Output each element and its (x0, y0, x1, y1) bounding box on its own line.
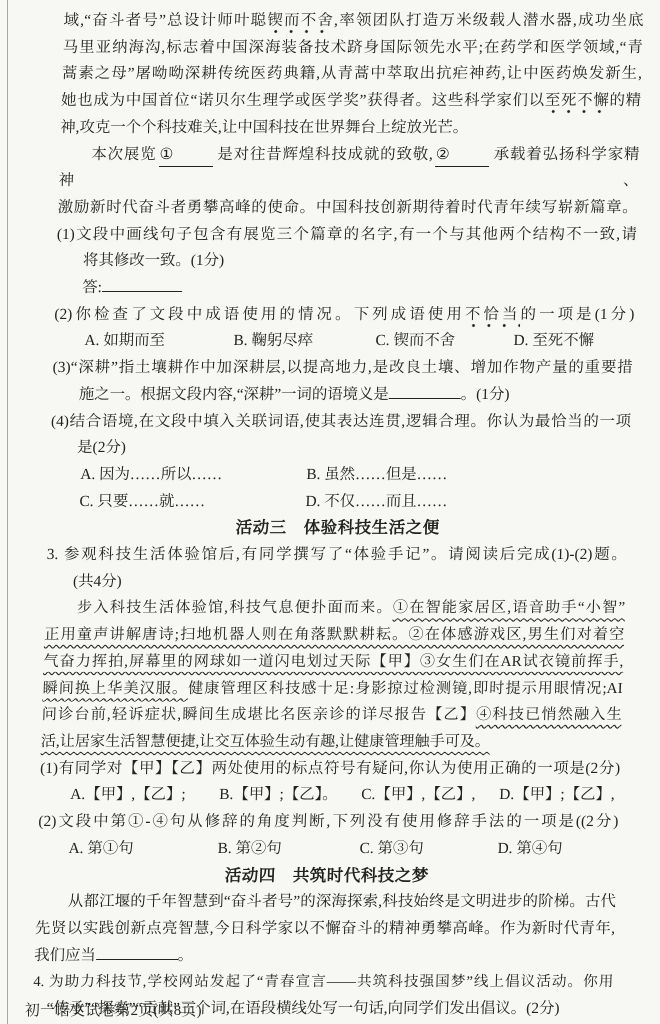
exam-page: 域,“奋斗者号”总设计师叶聪锲而不舍,率领团队打造万米级载人潜水器,成功坐底 马… (0, 0, 660, 1024)
answer-blank-line (102, 278, 182, 292)
wavy-underlined-text: ④科技已悄然融入生 (476, 707, 622, 723)
option-b: B. 第②句 (217, 836, 360, 863)
wavy-underlined-text: ①在智能家居区,语音助手“小智” (393, 600, 626, 616)
wavy-underlined-text: 活,让居家生活智慧便捷,让交互体验生动有趣,让健康管理触手可及。 (41, 734, 491, 750)
activity-4-heading: 活动四 共筑时代科技之梦 (36, 863, 617, 890)
option-d: D. 不仅……而且…… (305, 489, 629, 516)
passage2-line6: 活,让居家生活智慧便捷,让交互体验生动有趣,让健康管理触手可及。 (41, 729, 622, 756)
passage1-line2: 马里亚纳海沟,标志着中国深海装备技术跻身国际领先水平;在药学和医学领域,“青 (62, 35, 643, 62)
main-question-3-line2: (共4分) (46, 569, 627, 596)
passage1-text: ,率领团队打造万米级载人潜水器,成功坐底 (334, 12, 644, 29)
option-d: D.【甲】;【乙】, (499, 782, 620, 809)
option-b: B. 虽然……但是…… (306, 462, 630, 489)
passage1-para2-line2: 激励新时代奋斗者勇攀高峰的使命。中国科技创新期待着时代青年续写崭新篇章。 (57, 195, 638, 222)
rhetoric-question-line1: (2)文段中第①-④句从修辞的角度判断,下列没有使用修辞手法的一项是((2分) (38, 809, 619, 836)
emphasis-dots-text: 不恰当 (464, 306, 520, 328)
passage2-line5: 问诊台前,轻诉症状,瞬间生成堪比名医亲诊的详尽报告【乙】④科技已悄然融入生 (41, 702, 622, 729)
option-b: B. 鞠躬尽瘁 (233, 328, 376, 355)
option-c: C.【甲】,【乙】, (361, 782, 500, 809)
question-3-line1: (3)“深耕”指土壤耕作中加深耕层,以提高地力,是改良土壤、增加作物产量的重要措 (52, 355, 633, 382)
option-a: A. 第①句 (68, 836, 218, 863)
option-c: C. 第③句 (359, 836, 498, 863)
passage1-line1: 域,“奋斗者号”总设计师叶聪锲而不舍,率领团队打造万米级载人潜水器,成功坐底 (63, 8, 644, 35)
emphasis-dots-text: 锲而不舍 (267, 12, 334, 34)
page-content: 域,“奋斗者号”总设计师叶聪锲而不舍,率领团队打造万米级载人潜水器,成功坐底 马… (32, 8, 644, 1023)
passage1-text: 她也成为中国首位“诺贝尔生理学或医学奖”获得者。这些科学家们以 (61, 92, 545, 109)
emphasis-dots-text: 至死不懈 (544, 92, 609, 114)
passage3-line3: 我们应当。 (34, 943, 615, 970)
punctuation-question-options: A.【甲】,【乙】;B.【甲】;【乙】。C.【甲】,【乙】,D.【甲】;【乙】, (70, 782, 620, 809)
wavy-underlined-text: 瞬间换上华美汉服。 (42, 681, 188, 697)
numbered-blank-1: ① (159, 144, 214, 167)
main-question-3-line1: 3. 参观科技生活体验馆后,有同学撰写了“体验手记”。请阅读后完成(1)-(2)… (46, 542, 627, 569)
question-2-text: 的一项是(1分) (520, 306, 634, 323)
passage1-text: 本次展览 (91, 146, 157, 163)
option-a: A. 如期而至 (84, 328, 234, 355)
pledge-blank-line (96, 946, 178, 960)
option-c: C. 锲而不舍 (375, 328, 514, 355)
passage2-line2: 正用童声讲解唐诗;扫地机器人则在角落默默耕耘。②在体感游戏区,男生们对着空 (44, 622, 625, 649)
passage3-text: 。 (178, 947, 194, 964)
passage1-line5: 神,攻克一个个科技难关,让中国科技在世界舞台上绽放光芒。 (60, 115, 641, 142)
wavy-underlined-text: 正用童声讲解唐诗;扫地机器人则在角落默默耕耘。②在体感游戏区,男生们对着空 (44, 627, 625, 643)
passage2-line4: 瞬间换上华美汉服。健康管理区科技感十足:身影掠过检测镜,即时提示用眼情况;AI (42, 676, 623, 703)
answer-label: 答: (82, 279, 102, 296)
option-d: D. 第④句 (497, 836, 618, 863)
option-a: A.【甲】,【乙】; (70, 782, 220, 809)
question-3-text: 施之一。根据文段内容,“深耕”一词的语境义是 (79, 386, 389, 403)
question-1-line2: 将其修改一致。(1分) (56, 248, 637, 275)
passage3-line2: 先贤以实践创新点亮智慧,今日科学家以不懈奋斗的精神勇攀高峰。作为新时代青年, (35, 916, 616, 943)
question-3-line2: 施之一。根据文段内容,“深耕”一词的语境义是。(1分) (51, 382, 632, 409)
passage1-line4: 她也成为中国首位“诺贝尔生理学或医学奖”获得者。这些科学家们以至死不懈的精 (61, 88, 642, 115)
question-4-options-row1: A. 因为……所以……B. 虽然……但是…… (80, 462, 630, 489)
question-4-options-row2: C. 只要……就……D. 不仅……而且…… (79, 489, 629, 516)
rhetoric-question-options: A. 第①句B. 第②句C. 第③句D. 第④句 (68, 836, 618, 863)
passage1-line3: 蒿素之母”屠呦呦深耕传统医药典籍,从青蒿中萃取出抗疟神药,让中医药焕发新生, (61, 61, 642, 88)
punctuation-question-line1: (1)有同学对【甲】【乙】两处使用的标点符号有疑问,你认为使用正确的一项是(2分… (40, 756, 621, 783)
question-1-line1: (1)文段中画线句子包含有展览三个篇章的名字,有一个与其他两个结构不一致,请 (56, 222, 637, 249)
option-a: A. 因为……所以…… (80, 462, 307, 489)
passage1-para2-line1: 本次展览①是对往昔辉煌科技成就的致敬,②承载着弘扬科学家精神、 (58, 142, 640, 195)
passage2-line3: 气奋力挥拍,屏幕里的网球如一道闪电划过天际【甲】③女生们在AR试衣镜前挥手, (43, 649, 624, 676)
passage2-text: 健康管理区科技感十足:身影掠过检测镜,即时提示用眼情况;AI (188, 681, 623, 697)
question-2-line1: (2)你检查了文段中成语使用的情况。下列成语使用不恰当的一项是(1分) (54, 302, 635, 329)
context-meaning-blank (389, 385, 461, 399)
passage2-line1: 步入科技生活体验馆,科技气息便扑面而来。①在智能家居区,语音助手“小智” (45, 595, 626, 622)
passage3-line1: 从都江堰的千年智慧到“奋斗者号”的深海探索,科技始终是文明进步的阶梯。古代 (35, 889, 616, 916)
option-c: C. 只要……就…… (79, 489, 306, 516)
question-4-line1: (4)结合语境,在文段中填入关联词语,使其表达连贯,逻辑合理。你认为最恰当的一项 (51, 409, 632, 436)
question-4-line2: 是(2分) (50, 435, 631, 462)
passage3-text: 我们应当 (34, 947, 96, 964)
activity-3-heading: 活动三 体验科技生活之便 (47, 515, 628, 542)
passage2-text: 步入科技生活体验馆,科技气息便扑面而来。 (77, 600, 393, 616)
main-question-4-line1: 4. 为助力科技节,学校网站发起了“青春宣言——共筑科技强国梦”线上倡议活动。你… (33, 969, 614, 996)
passage1-text: 域,“奋斗者号”总设计师叶聪 (63, 12, 267, 29)
wavy-underlined-text: 气奋力挥拍,屏幕里的网球如一道闪电划过天际【甲】③女生们在AR试衣镜前挥手, (43, 654, 624, 670)
question-2-options: A. 如期而至B. 鞠躬尽瘁C. 锲而不舍D. 至死不懈 (84, 328, 634, 355)
passage1-text: 的精 (609, 92, 641, 109)
question-3-text: 。(1分) (461, 386, 510, 403)
option-d: D. 至死不懈 (513, 328, 634, 355)
passage2-text: 问诊台前,轻诉症状,瞬间生成堪比名医亲诊的详尽报告【乙】 (42, 707, 477, 723)
passage1-text: 是对往昔辉煌科技成就的致敬, (216, 146, 433, 163)
page-edge-line (7, 0, 8, 1024)
question-1-answer-line: 答: (55, 275, 636, 302)
question-2-text: (2)你检查了文段中成语使用的情况。下列成语使用 (54, 306, 465, 323)
option-b: B.【甲】;【乙】。 (219, 782, 362, 809)
numbered-blank-2: ② (436, 144, 491, 167)
page-footer: 初一语文试卷第2页(共8页) (25, 999, 202, 1020)
